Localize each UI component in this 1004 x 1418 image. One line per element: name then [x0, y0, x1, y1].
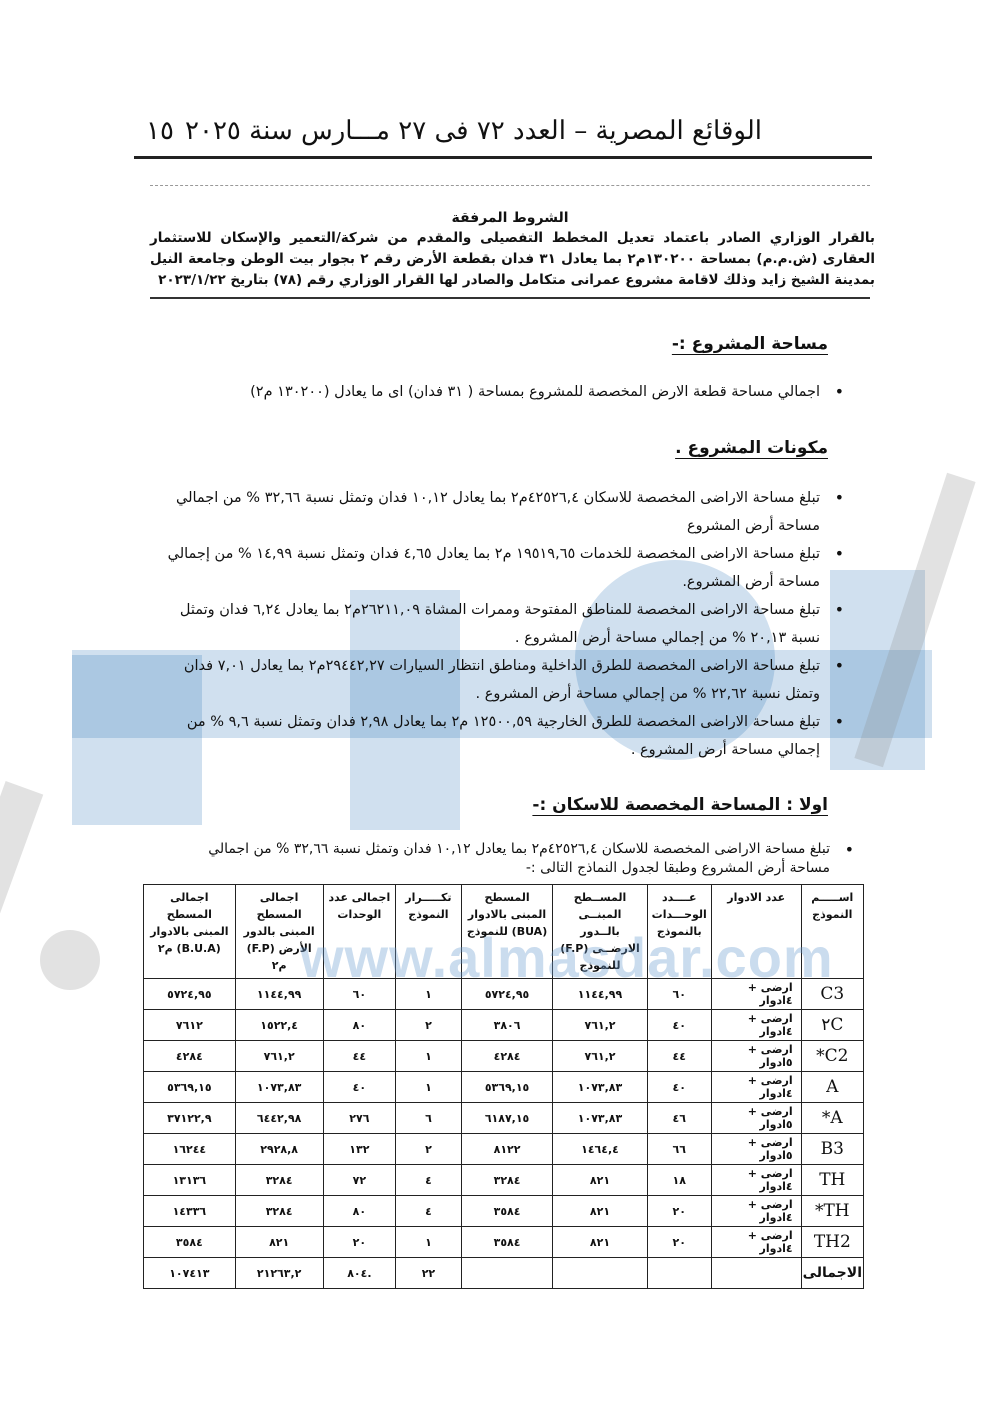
cell-floors: ارضى + ٤ادوار: [711, 1010, 801, 1041]
table-row: TH2 ارضى + ٤ادوار ٢٠ ٨٢١ ٣٥٨٤ ١ ٢٠ ٨٢١ ٣…: [144, 1227, 864, 1258]
cell-repeat: ٢٢: [396, 1258, 462, 1289]
cell-units: ٢٠: [647, 1196, 711, 1227]
cell-repeat: ٢: [396, 1010, 462, 1041]
cell-bua: ٦١٨٧,١٥: [461, 1103, 553, 1134]
cell-total-fp: ٢١٢٦٣,٢: [235, 1258, 323, 1289]
col-total-fp: اجمالى المسطح المبنى بالدور الأرض (F.P) …: [235, 885, 323, 979]
col-bua: المسطح المبنى بالادوار (BUA) للنموذج: [461, 885, 553, 979]
project-area-list: اجمالي مساحة قطعة الارض المخصصة للمشروع …: [150, 378, 830, 406]
cell-floors: ارضى + ٤ادوار: [711, 1165, 801, 1196]
cell-model-name: A*: [801, 1103, 863, 1134]
annex-title: الشروط المرفقة: [140, 210, 880, 226]
cell-floors: [711, 1258, 801, 1289]
cell-bua: ٥٣٦٩,١٥: [461, 1072, 553, 1103]
cell-total-fp: ٣٢٨٤: [235, 1196, 323, 1227]
cell-total-fp: ١١٤٤,٩٩: [235, 979, 323, 1010]
section-title-housing: اولا : المساحة المخصصة للاسكان :-: [532, 795, 828, 815]
cell-total-units: .٨٠٤: [323, 1258, 396, 1289]
col-units: عــــدد الوحـــدات بالنموذج: [647, 885, 711, 979]
list-item: تبلغ مساحة الاراضى المخصصة للمناطق المفت…: [150, 596, 830, 652]
cell-bua: ٣٨٠٦: [461, 1010, 553, 1041]
cell-total-units: ٨٠: [323, 1196, 396, 1227]
cell-total-units: ٤٠: [323, 1072, 396, 1103]
cell-model-name: B3: [801, 1134, 863, 1165]
cell-bua: ٣٥٨٤: [461, 1227, 553, 1258]
cell-floors: ارضى + ٤ادوار: [711, 979, 801, 1010]
col-fp: المســطح المبنــى بالــدور الارضــى (F.P…: [553, 885, 647, 979]
cell-units: ١٨: [647, 1165, 711, 1196]
cell-total-fp: ٣٢٨٤: [235, 1165, 323, 1196]
cell-fp: ١٤٦٤,٤: [553, 1134, 647, 1165]
cell-bua: ٣٥٨٤: [461, 1196, 553, 1227]
cell-repeat: ١: [396, 1041, 462, 1072]
table-header-row: اســـــم النموذج عدد الادوار عــــدد الو…: [144, 885, 864, 979]
table-row: C2* ارضى + ٥ادوار ٤٤ ٧٦١,٢ ٤٢٨٤ ١ ٤٤ ٧٦١…: [144, 1041, 864, 1072]
cell-fp: ١١٤٤,٩٩: [553, 979, 647, 1010]
cell-units: ٤٠: [647, 1072, 711, 1103]
cell-total-fp: ٧٦١,٢: [235, 1041, 323, 1072]
cell-total-units: ٨٠: [323, 1010, 396, 1041]
section-title-components: مكونات المشروع .: [675, 438, 828, 458]
cell-floors: ارضى + ٥ادوار: [711, 1103, 801, 1134]
housing-models-table: اســـــم النموذج عدد الادوار عــــدد الو…: [143, 884, 864, 1289]
col-floors: عدد الادوار: [711, 885, 801, 979]
cell-fp: ٧٦١,٢: [553, 1010, 647, 1041]
cell-repeat: ٦: [396, 1103, 462, 1134]
cell-floors: ارضى + ٥ادوار: [711, 1134, 801, 1165]
cell-total-fp: ١٠٧٣,٨٣: [235, 1072, 323, 1103]
cell-total-fp: ٦٤٤٢,٩٨: [235, 1103, 323, 1134]
components-list: تبلغ مساحة الاراضى المخصصة للاسكان ٤٢٥٢٦…: [150, 484, 830, 764]
list-item: تبلغ مساحة الاراضى المخصصة للطرق الخارجي…: [150, 708, 830, 764]
cell-fp: [553, 1258, 647, 1289]
cell-repeat: ٤: [396, 1165, 462, 1196]
col-total-units: اجمالى عدد الوحدات: [323, 885, 396, 979]
cell-total-units: ٤٤: [323, 1041, 396, 1072]
cell-repeat: ٢: [396, 1134, 462, 1165]
cell-repeat: ١: [396, 979, 462, 1010]
col-total-bua: اجمالى المسطح المبنى بالادوار (B.U.A) م٢: [144, 885, 236, 979]
cell-units: ٤٤: [647, 1041, 711, 1072]
cell-model-name: ٢C: [801, 1010, 863, 1041]
table-row: ٢C ارضى + ٤ادوار ٤٠ ٧٦١,٢ ٣٨٠٦ ٢ ٨٠ ١٥٢٢…: [144, 1010, 864, 1041]
cell-model-name: TH2: [801, 1227, 863, 1258]
cell-model-name: TH*: [801, 1196, 863, 1227]
cell-floors: ارضى + ٤ادوار: [711, 1227, 801, 1258]
table-row: C3 ارضى + ٤ادوار ٦٠ ١١٤٤,٩٩ ٥٧٢٤,٩٥ ١ ٦٠…: [144, 979, 864, 1010]
cell-total-fp: ٨٢١: [235, 1227, 323, 1258]
cell-total-bua: ١٤٣٣٦: [144, 1196, 236, 1227]
cell-total-bua: ٣٧١٢٢,٩: [144, 1103, 236, 1134]
list-item: تبلغ مساحة الاراضى المخصصة للاسكان ٤٢٥٢٦…: [150, 484, 830, 540]
table-row: B3 ارضى + ٥ادوار ٦٦ ١٤٦٤,٤ ٨١٢٢ ٢ ١٣٢ ٢٩…: [144, 1134, 864, 1165]
cell-bua: ٣٢٨٤: [461, 1165, 553, 1196]
table-row: A ارضى + ٤ادوار ٤٠ ١٠٧٣,٨٣ ٥٣٦٩,١٥ ١ ٤٠ …: [144, 1072, 864, 1103]
cell-fp: ١٠٧٣,٨٣: [553, 1103, 647, 1134]
cell-model-name: A: [801, 1072, 863, 1103]
cell-repeat: ١: [396, 1227, 462, 1258]
cell-repeat: ٤: [396, 1196, 462, 1227]
cell-total-bua: ٤٢٨٤: [144, 1041, 236, 1072]
cell-total-bua: ٥٧٢٤,٩٥: [144, 979, 236, 1010]
cell-model-name: C2*: [801, 1041, 863, 1072]
cell-total-units: ٦٠: [323, 979, 396, 1010]
cell-total-fp: ١٥٢٢,٤: [235, 1010, 323, 1041]
cell-fp: ٨٢١: [553, 1165, 647, 1196]
section-title-project-area: مساحة المشروع :-: [672, 334, 828, 354]
table-row: A* ارضى + ٥ادوار ٤٦ ١٠٧٣,٨٣ ٦١٨٧,١٥ ٦ ٢٧…: [144, 1103, 864, 1134]
cell-units: ٦٠: [647, 979, 711, 1010]
cell-model-name: TH: [801, 1165, 863, 1196]
list-item: اجمالي مساحة قطعة الارض المخصصة للمشروع …: [150, 378, 830, 406]
cell-units: ٢٠: [647, 1227, 711, 1258]
table-total-row: الاجمالى ٢٢ .٨٠٤ ٢١٢٦٣,٢ ١٠٧٤١٣: [144, 1258, 864, 1289]
col-repeat: تكـــــرار النموذج: [396, 885, 462, 979]
cell-model-name: C3: [801, 979, 863, 1010]
list-item: تبلغ مساحة الاراضى المخصصة للخدمات ١٩٥١٩…: [150, 540, 830, 596]
cell-bua: ٤٢٨٤: [461, 1041, 553, 1072]
gazette-header: الوقائع المصرية – العدد ٧٢ فى ٢٧ مـــارس…: [134, 110, 872, 159]
cell-total-bua: ٥٣٦٩,١٥: [144, 1072, 236, 1103]
cell-total-bua: ١٠٧٤١٣: [144, 1258, 236, 1289]
cell-total-units: ٧٢: [323, 1165, 396, 1196]
cell-total-units: ١٣٢: [323, 1134, 396, 1165]
cell-total-bua: ١٣١٣٦: [144, 1165, 236, 1196]
table-row: TH* ارضى + ٤ادوار ٢٠ ٨٢١ ٣٥٨٤ ٤ ٨٠ ٣٢٨٤ …: [144, 1196, 864, 1227]
cell-total-bua: ٣٥٨٤: [144, 1227, 236, 1258]
annex-divider: [150, 297, 870, 299]
housing-list: تبلغ مساحة الاراضى المخصصة للاسكان ٤٢٥٢٦…: [190, 840, 840, 878]
cell-floors: ارضى + ٥ادوار: [711, 1041, 801, 1072]
cell-total-bua: ١٦٢٤٤: [144, 1134, 236, 1165]
list-item: تبلغ مساحة الاراضى المخصصة للاسكان ٤٢٥٢٦…: [190, 840, 840, 878]
cell-units: ٦٦: [647, 1134, 711, 1165]
cell-floors: ارضى + ٤ادوار: [711, 1072, 801, 1103]
cell-units: ٤٦: [647, 1103, 711, 1134]
annex-body: بالقرار الوزاري الصادر باعتماد تعديل الم…: [150, 228, 875, 291]
cell-total-bua: ٧٦١٢: [144, 1010, 236, 1041]
cell-total-units: ٢٧٦: [323, 1103, 396, 1134]
cell-bua: ٥٧٢٤,٩٥: [461, 979, 553, 1010]
cell-total-label: الاجمالى: [801, 1258, 863, 1289]
cell-units: ٤٠: [647, 1010, 711, 1041]
cell-fp: ١٠٧٣,٨٣: [553, 1072, 647, 1103]
cell-total-fp: ٢٩٢٨,٨: [235, 1134, 323, 1165]
cell-units: [647, 1258, 711, 1289]
cell-fp: ٧٦١,٢: [553, 1041, 647, 1072]
cell-bua: [461, 1258, 553, 1289]
cell-fp: ٨٢١: [553, 1196, 647, 1227]
cell-floors: ارضى + ٤ادوار: [711, 1196, 801, 1227]
cell-total-units: ٢٠: [323, 1227, 396, 1258]
list-item: تبلغ مساحة الاراضى المخصصة للطرق الداخلي…: [150, 652, 830, 708]
divider: [150, 185, 870, 186]
col-model-name: اســـــم النموذج: [801, 885, 863, 979]
gazette-title: الوقائع المصرية – العدد ٧٢ فى ٢٧ مـــارس…: [185, 116, 762, 146]
table-row: TH ارضى + ٤ادوار ١٨ ٨٢١ ٣٢٨٤ ٤ ٧٢ ٣٢٨٤ ١…: [144, 1165, 864, 1196]
cell-repeat: ١: [396, 1072, 462, 1103]
cell-fp: ٨٢١: [553, 1227, 647, 1258]
cell-bua: ٨١٢٢: [461, 1134, 553, 1165]
page-number: ١٥: [146, 116, 174, 146]
